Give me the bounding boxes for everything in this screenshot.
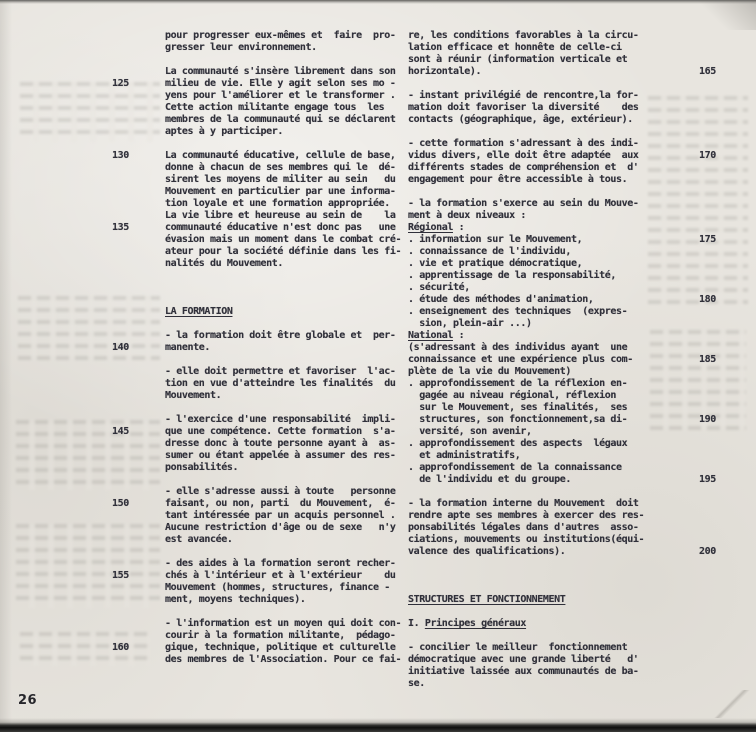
text-line: ment à deux niveaux : — [408, 210, 716, 222]
text-content: sur le Mouvement, ses finalités, ses — [408, 402, 648, 414]
section-heading: STRUCTURES ET FONCTIONNEMENT — [408, 594, 648, 606]
text-content: engagement pour être accessible à tous. — [408, 174, 648, 186]
margin-line-number: 195 — [648, 474, 716, 486]
margin-line-number — [112, 66, 165, 78]
text-content: . approfondissement de la connaissance — [408, 462, 648, 474]
margin-line-number — [648, 534, 699, 546]
text-content: . sécurité, — [408, 282, 648, 294]
text-content: La vie libre et heureuse au sein de la — [165, 210, 395, 222]
text-content — [408, 582, 648, 594]
text-content: Mouvement (hommes, structures, finance - — [165, 582, 390, 594]
text-content: évasion mais un moment dans le combat cr… — [165, 234, 401, 246]
scan-top-right-shadow — [686, 0, 756, 30]
text-content: valence des qualifications). — [408, 546, 648, 558]
text-content: tant intéressée par un acquis personnel … — [165, 510, 395, 522]
text-line: structures, son fonctionnement,sa di-190 — [408, 414, 716, 426]
margin-line-number — [648, 498, 699, 510]
text-content: gagée au niveau régional, réflexion — [408, 390, 648, 402]
margin-line-number — [112, 462, 165, 474]
margin-line-number — [648, 138, 699, 150]
margin-line-number: 200 — [648, 546, 716, 558]
margin-line-number — [112, 366, 165, 378]
margin-line-number: 155 — [112, 570, 165, 582]
margin-line-number — [112, 246, 165, 258]
text-content: . connaissance de l'individu, — [408, 246, 648, 258]
margin-line-number: 130 — [112, 150, 165, 162]
margin-line-number — [112, 546, 165, 558]
text-content: re, les conditions favorables à la circu… — [408, 30, 648, 42]
scan-bottom-edge — [0, 718, 756, 732]
margin-line-number: 160 — [112, 642, 165, 654]
text-line: dresse donc à toute personne ayant à as- — [112, 438, 401, 450]
margin-line-number: 150 — [112, 498, 165, 510]
text-line: sont à réunir (information verticale et — [408, 54, 716, 66]
text-content: yens pour l'améliorer et le transformer … — [165, 90, 395, 102]
text-line: donne à chacun de ses membres qui le dé- — [112, 162, 401, 174]
scanned-document-page: pour progresser eux-mêmes et faire pro-g… — [0, 0, 756, 732]
text-content: - la formation interne du Mouvement doit — [408, 498, 648, 510]
text-line — [408, 630, 716, 642]
text-content: contacts (géographique, âge, extérieur). — [408, 114, 648, 126]
text-line — [112, 318, 401, 330]
underlined-heading-text: LA FORMATION — [165, 306, 232, 317]
text-line — [112, 606, 401, 618]
text-line — [112, 546, 401, 558]
text-line: - la formation s'exerce au sein du Mouve… — [408, 198, 716, 210]
right-text-column: re, les conditions favorables à la circu… — [408, 30, 716, 690]
text-line: ponsabilités légales dans d'autres asso- — [408, 522, 716, 534]
margin-line-number — [648, 222, 699, 234]
margin-line-number: 135 — [112, 222, 165, 234]
margin-line-number — [112, 174, 165, 186]
text-line: 155chés à l'intérieur et à l'extérieur d… — [112, 570, 401, 582]
text-line: . approfondissement de la connaissance — [408, 462, 716, 474]
margin-line-number — [648, 678, 699, 690]
margin-line-number — [648, 654, 699, 666]
scan-corner-fold-mark — [710, 690, 754, 718]
text-line — [408, 558, 716, 570]
margin-line-number: 145 — [112, 426, 165, 438]
text-line: La communauté s'insère librement dans so… — [112, 66, 401, 78]
text-line — [112, 282, 401, 294]
text-content: La communauté s'insère librement dans so… — [165, 66, 395, 78]
text-content: Cette action militante engage tous les — [165, 102, 384, 114]
text-content: chés à l'intérieur et à l'extérieur du — [165, 570, 395, 582]
text-line: sur le Mouvement, ses finalités, ses — [408, 402, 716, 414]
text-line — [408, 606, 716, 618]
text-content: ponsabilités légales dans d'autres asso- — [408, 522, 648, 534]
margin-line-number — [112, 354, 165, 366]
text-line: gresser leur environnement. — [112, 42, 401, 54]
text-content: et administratifs, — [408, 450, 648, 462]
text-content — [408, 558, 648, 570]
text-line: sumer ou étant appelée à assumer des res… — [112, 450, 401, 462]
text-content: démocratique avec une grande liberté d' — [408, 654, 648, 666]
text-line — [408, 126, 716, 138]
text-line: - instant privilégié de rencontre,la for… — [408, 90, 716, 102]
margin-line-number — [112, 54, 165, 66]
margin-line-number — [648, 582, 699, 594]
text-line: - des aides à la formation seront recher… — [112, 558, 401, 570]
margin-line-number — [112, 102, 165, 114]
text-line: connaissance et une expérience plus com-… — [408, 354, 716, 366]
margin-line-number — [648, 210, 699, 222]
margin-line-number — [648, 390, 699, 402]
margin-line-number — [112, 210, 165, 222]
text-line: 135communauté éducative n'est donc pas u… — [112, 222, 401, 234]
text-content: communauté éducative n'est donc pas une — [165, 222, 395, 234]
margin-line-number — [648, 162, 699, 174]
text-content: . enseignement des techniques (expres- — [408, 306, 648, 318]
margin-line-number: 180 — [648, 294, 716, 306]
text-line: Mouvement. — [112, 390, 401, 402]
text-line: 130La communauté éducative, cellule de b… — [112, 150, 401, 162]
margin-line-number — [648, 450, 699, 462]
text-content: versité, son avenir, — [408, 426, 648, 438]
text-line: Mouvement en particulier par une informa… — [112, 186, 401, 198]
text-line: . apprentissage de la responsabilité, — [408, 270, 716, 282]
text-content: nalités du Mouvement. — [165, 258, 283, 270]
text-content: . approfondissement des aspects légaux — [408, 438, 648, 450]
text-line: - cette formation s'adressant à des indi… — [408, 138, 716, 150]
margin-line-number — [112, 270, 165, 282]
margin-line-number — [648, 30, 699, 42]
scan-top-edge — [0, 0, 756, 4]
margin-line-number — [112, 534, 165, 546]
text-line: évasion mais un moment dans le combat cr… — [112, 234, 401, 246]
text-line: - l'exercice d'une responsabilité impli- — [112, 414, 401, 426]
text-content: initiative laissée aux communautés de ba… — [408, 666, 648, 678]
margin-line-number: 185 — [648, 354, 716, 366]
margin-line-number — [112, 294, 165, 306]
text-line: aptes à y participer. — [112, 126, 401, 138]
text-line: de l'individu et du groupe.195 — [408, 474, 716, 486]
text-line: ciations, mouvements ou institutions(équ… — [408, 534, 716, 546]
text-line: horizontale).165 — [408, 66, 716, 78]
text-content: - elle doit permettre et favoriser l'ac- — [165, 366, 395, 378]
margin-line-number — [112, 594, 165, 606]
text-line: Aucune restriction d'âge ou de sexe n'y — [112, 522, 401, 534]
text-line: vidus divers, elle doit être adaptée aux… — [408, 150, 716, 162]
text-content: pour progresser eux-mêmes et faire pro- — [165, 30, 395, 42]
margin-line-number — [648, 486, 699, 498]
margin-line-number: 170 — [648, 150, 716, 162]
text-line: STRUCTURES ET FONCTIONNEMENT — [408, 594, 716, 606]
text-line: 150faisant, ou non, parti du Mouvement, … — [112, 498, 401, 510]
margin-line-number — [648, 570, 699, 582]
text-content: tion en vue d'atteindre les finalités du — [165, 378, 395, 390]
margin-line-number — [648, 282, 699, 294]
margin-line-number: 175 — [648, 234, 716, 246]
section-heading: I. Principes généraux — [408, 618, 648, 630]
margin-line-number — [112, 330, 165, 342]
section-heading: LA FORMATION — [165, 306, 232, 318]
margin-line-number — [112, 30, 165, 42]
margin-line-number — [112, 162, 165, 174]
margin-line-number — [112, 654, 165, 666]
margin-line-number — [648, 342, 699, 354]
text-content — [408, 486, 648, 498]
text-line: tion en vue d'atteindre les finalités du — [112, 378, 401, 390]
margin-line-number — [112, 414, 165, 426]
margin-line-number — [648, 402, 699, 414]
text-content: gique, technique, politique et culturell… — [165, 642, 395, 654]
text-line — [112, 54, 401, 66]
underlined-heading-text: Principes généraux — [425, 618, 526, 629]
text-line: . information sur le Mouvement,175 — [408, 234, 716, 246]
text-line: - la formation interne du Mouvement doit — [408, 498, 716, 510]
text-content: - concilier le meilleur fonctionnement — [408, 642, 648, 654]
margin-line-number — [648, 522, 699, 534]
text-line: - elle s'adresse aussi à toute personne — [112, 486, 401, 498]
left-text-column: pour progresser eux-mêmes et faire pro-g… — [112, 30, 401, 666]
text-line — [112, 294, 401, 306]
text-line: . vie et pratique démocratique, — [408, 258, 716, 270]
margin-line-number — [112, 474, 165, 486]
text-line: et administratifs, — [408, 450, 716, 462]
margin-line-number — [648, 606, 699, 618]
text-line: . sécurité, — [408, 282, 716, 294]
text-content: dresse donc à toute personne ayant à as- — [165, 438, 395, 450]
margin-line-number — [648, 510, 699, 522]
margin-line-number — [648, 54, 699, 66]
text-content: . apprentissage de la responsabilité, — [408, 270, 648, 282]
text-content — [408, 126, 648, 138]
text-line: valence des qualifications).200 — [408, 546, 716, 558]
text-content — [408, 186, 648, 198]
text-content: de l'individu et du groupe. — [408, 474, 648, 486]
text-content: gresser leur environnement. — [165, 42, 317, 54]
margin-line-number — [112, 186, 165, 198]
text-content: ment à deux niveaux : — [408, 210, 648, 222]
margin-line-number — [648, 630, 699, 642]
text-line: contacts (géographique, âge, extérieur). — [408, 114, 716, 126]
text-content: sion, plein-air ...) — [408, 318, 648, 330]
text-line: La vie libre et heureuse au sein de la — [112, 210, 401, 222]
text-content: mation doit favoriser la diversité des — [408, 102, 648, 114]
section-heading: National : — [408, 330, 648, 342]
text-line: 160gique, technique, politique et cultur… — [112, 642, 401, 654]
margin-line-number — [112, 306, 165, 318]
text-line — [112, 402, 401, 414]
text-line: nalités du Mouvement. — [112, 258, 401, 270]
margin-line-number — [112, 198, 165, 210]
text-line: rendre apte ses membres à exercer des re… — [408, 510, 716, 522]
text-content: La communauté éducative, cellule de base… — [165, 150, 395, 162]
text-line: re, les conditions favorables à la circu… — [408, 30, 716, 42]
margin-line-number — [112, 282, 165, 294]
margin-line-number — [112, 510, 165, 522]
margin-line-number — [648, 462, 699, 474]
text-line: . approfondissement de la réflexion en- — [408, 378, 716, 390]
text-content: ponsabilités. — [165, 462, 238, 474]
margin-line-number — [648, 318, 699, 330]
margin-line-number: 190 — [648, 414, 716, 426]
margin-line-number: 125 — [112, 78, 165, 90]
text-content: sirent les moyens de militer au sein du — [165, 174, 395, 186]
text-line: Cette action militante engage tous les — [112, 102, 401, 114]
margin-line-number — [648, 330, 699, 342]
text-line: I. Principes généraux — [408, 618, 716, 630]
scan-left-edge-shadow — [0, 0, 12, 732]
text-line: ponsabilités. — [112, 462, 401, 474]
text-line: 145que une compétence. Cette formation s… — [112, 426, 401, 438]
text-content: structures, son fonctionnement,sa di- — [408, 414, 648, 426]
text-content: - la formation doit être globale et per- — [165, 330, 395, 342]
text-content: faisant, ou non, parti du Mouvement, é- — [165, 498, 395, 510]
text-content: . approfondissement de la réflexion en- — [408, 378, 648, 390]
text-line — [112, 138, 401, 150]
text-content: des membres de l'Association. Pour ce fa… — [165, 654, 401, 666]
margin-line-number — [112, 90, 165, 102]
text-line: (s'adressant à des individus ayant une — [408, 342, 716, 354]
margin-line-number — [112, 114, 165, 126]
text-line — [408, 486, 716, 498]
text-content: - instant privilégié de rencontre,la for… — [408, 90, 648, 102]
text-line: se. — [408, 678, 716, 690]
margin-line-number — [112, 630, 165, 642]
margin-line-number — [648, 42, 699, 54]
text-line: - elle doit permettre et favoriser l'ac- — [112, 366, 401, 378]
margin-line-number: 165 — [648, 66, 716, 78]
text-line — [112, 270, 401, 282]
text-content: plète de la vie du Mouvement) — [408, 366, 648, 378]
text-line: sion, plein-air ...) — [408, 318, 716, 330]
section-heading: Régional : — [408, 222, 648, 234]
text-content: - l'exercice d'une responsabilité impli- — [165, 414, 395, 426]
margin-line-number — [648, 246, 699, 258]
text-line — [408, 186, 716, 198]
text-line: ment, moyens techniques). — [112, 594, 401, 606]
page-number: 26 — [18, 693, 37, 708]
text-line: gagée au niveau régional, réflexion — [408, 390, 716, 402]
margin-line-number — [648, 114, 699, 126]
margin-line-number — [648, 438, 699, 450]
text-content — [408, 78, 648, 90]
text-content: donne à chacun de ses membres qui le dé- — [165, 162, 395, 174]
margin-line-number — [112, 138, 165, 150]
text-content: courir à la formation militante, pédago- — [165, 630, 395, 642]
text-content: ateur pour la société définie dans les f… — [165, 246, 401, 258]
text-line: - la formation doit être globale et per- — [112, 330, 401, 342]
margin-line-number — [648, 258, 699, 270]
text-line — [112, 354, 401, 366]
margin-line-number — [112, 582, 165, 594]
text-line: courir à la formation militante, pédago- — [112, 630, 401, 642]
underlined-heading-text: STRUCTURES ET FONCTIONNEMENT — [408, 594, 565, 605]
text-line: yens pour l'améliorer et le transformer … — [112, 90, 401, 102]
text-line: membres de la communauté qui se déclaren… — [112, 114, 401, 126]
margin-line-number — [648, 558, 699, 570]
text-content: - elle s'adresse aussi à toute personne — [165, 486, 395, 498]
text-content: - l'information est un moyen qui doit co… — [165, 618, 401, 630]
margin-line-number — [112, 618, 165, 630]
margin-line-number — [112, 558, 165, 570]
margin-line-number — [648, 174, 699, 186]
margin-line-number — [112, 522, 165, 534]
text-content: membres de la communauté qui se déclaren… — [165, 114, 395, 126]
text-line: 125milieu de vie. Elle y agit selon ses … — [112, 78, 401, 90]
margin-line-number — [112, 486, 165, 498]
text-content: ciations, mouvements ou institutions(équ… — [408, 534, 648, 546]
text-content: se. — [408, 678, 648, 690]
text-content — [408, 630, 648, 642]
text-line: des membres de l'Association. Pour ce fa… — [112, 654, 401, 666]
text-line — [112, 474, 401, 486]
margin-line-number — [112, 234, 165, 246]
margin-line-number — [112, 42, 165, 54]
margin-line-number — [648, 378, 699, 390]
text-content: rendre apte ses membres à exercer des re… — [408, 510, 648, 522]
margin-line-number — [648, 666, 699, 678]
text-content — [408, 570, 648, 582]
margin-line-number — [112, 318, 165, 330]
text-content: horizontale). — [408, 66, 648, 78]
margin-line-number — [648, 78, 699, 90]
margin-line-number — [648, 618, 699, 630]
text-content: Aucune restriction d'âge ou de sexe n'y — [165, 522, 395, 534]
margin-line-number — [648, 306, 699, 318]
text-line: versité, son avenir, — [408, 426, 716, 438]
text-line: lation efficace et honnête de celle-ci — [408, 42, 716, 54]
text-content: aptes à y participer. — [165, 126, 283, 138]
margin-line-number — [112, 606, 165, 618]
margin-line-number: 140 — [112, 342, 165, 354]
text-line: Régional : — [408, 222, 716, 234]
text-content: milieu de vie. Elle y agit selon ses mo … — [165, 78, 395, 90]
text-line: est avancée. — [112, 534, 401, 546]
text-content: . étude des méthodes d'animation, — [408, 294, 648, 306]
text-line: engagement pour être accessible à tous. — [408, 174, 716, 186]
text-line: différents stades de compréhension et d' — [408, 162, 716, 174]
text-line: démocratique avec une grande liberté d' — [408, 654, 716, 666]
text-line — [408, 582, 716, 594]
text-line: tion loyale et une formation appropriée. — [112, 198, 401, 210]
margin-line-number — [112, 438, 165, 450]
text-line: tant intéressée par un acquis personnel … — [112, 510, 401, 522]
text-line: . enseignement des techniques (expres- — [408, 306, 716, 318]
text-content: connaissance et une expérience plus com- — [408, 354, 648, 366]
text-line: pour progresser eux-mêmes et faire pro- — [112, 30, 401, 42]
text-content: Mouvement en particulier par une informa… — [165, 186, 395, 198]
margin-line-number — [648, 198, 699, 210]
underlined-heading-text: National — [408, 330, 453, 341]
margin-line-number — [648, 594, 699, 606]
margin-line-number — [112, 258, 165, 270]
text-line: LA FORMATION — [112, 306, 401, 318]
text-line — [408, 78, 716, 90]
text-content: - cette formation s'adressant à des indi… — [408, 138, 648, 150]
margin-line-number — [648, 366, 699, 378]
text-line: 140manente. — [112, 342, 401, 354]
text-content: vidus divers, elle doit être adaptée aux — [408, 150, 648, 162]
text-line: plète de la vie du Mouvement) — [408, 366, 716, 378]
text-content: est avancée. — [165, 534, 232, 546]
text-content: différents stades de compréhension et d' — [408, 162, 648, 174]
text-line: initiative laissée aux communautés de ba… — [408, 666, 716, 678]
margin-line-number — [648, 270, 699, 282]
text-line — [408, 570, 716, 582]
text-content: ment, moyens techniques). — [165, 594, 306, 606]
text-content: . vie et pratique démocratique, — [408, 258, 648, 270]
margin-line-number — [112, 450, 165, 462]
text-content: que une compétence. Cette formation s'a- — [165, 426, 395, 438]
text-line: . approfondissement des aspects légaux — [408, 438, 716, 450]
text-content: manente. — [165, 342, 210, 354]
text-content: - des aides à la formation seront recher… — [165, 558, 395, 570]
text-content — [408, 606, 648, 618]
text-content: . information sur le Mouvement, — [408, 234, 648, 246]
